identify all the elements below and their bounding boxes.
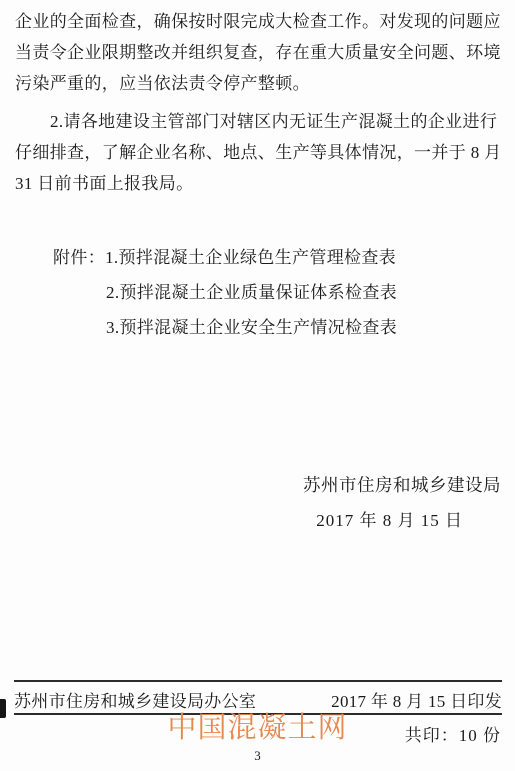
attachment-line-1: 附件：1.预拌混凝土企业绿色生产管理检查表 <box>53 240 397 275</box>
paragraph-2-line-1: 2.请各地建设主管部门对辖区内无证生产混凝土的企业进行 <box>15 106 501 137</box>
signature-organization: 苏州市住房和城乡建设局 <box>303 472 501 497</box>
paragraph-2-line-3: 31 日前书面上报我局。 <box>15 168 501 199</box>
paragraph-1-line-1: 企业的全面检查，确保按时限完成大检查工作。对发现的问题应 <box>15 6 501 37</box>
document-page: 企业的全面检查，确保按时限完成大检查工作。对发现的问题应 当责令企业限期整改并组… <box>0 0 515 771</box>
footer-print-date: 2017 年 8 月 15 日印发 <box>331 687 502 712</box>
attachments-block: 附件：1.预拌混凝土企业绿色生产管理检查表 2.预拌混凝土企业质量保证体系检查表… <box>53 240 397 345</box>
attachment-item-3: 3.预拌混凝土企业安全生产情况检查表 <box>106 310 397 345</box>
page-number: 3 <box>0 748 515 764</box>
paragraph-2-line-2: 仔细排查，了解企业名称、地点、生产等具体情况，一并于 8 月 <box>15 137 501 168</box>
paragraph-1: 企业的全面检查，确保按时限完成大检查工作。对发现的问题应 当责令企业限期整改并组… <box>15 6 501 99</box>
copies-count: 共印：10 份 <box>405 721 501 746</box>
signature-date: 2017 年 8 月 15 日 <box>316 506 463 531</box>
paragraph-1-line-3: 污染严重的，应当依法责令停产整顿。 <box>15 68 501 99</box>
paragraph-2: 2.请各地建设主管部门对辖区内无证生产混凝土的企业进行 仔细排查，了解企业名称、… <box>15 106 501 199</box>
footer-top-rule <box>14 680 502 682</box>
attachment-item-2: 2.预拌混凝土企业质量保证体系检查表 <box>106 275 397 310</box>
attachment-item-1: 1.预拌混凝土企业绿色生产管理检查表 <box>105 248 396 267</box>
paragraph-1-line-2: 当责令企业限期整改并组织复查，存在重大质量安全问题、环境 <box>15 37 501 68</box>
footer-bottom-rule <box>14 713 502 715</box>
scan-edge-artifact <box>0 699 6 718</box>
footer-office-name: 苏州市住房和城乡建设局办公室 <box>14 687 256 712</box>
footer-row: 苏州市住房和城乡建设局办公室 2017 年 8 月 15 日印发 <box>14 687 502 712</box>
attachments-label: 附件： <box>53 248 105 267</box>
